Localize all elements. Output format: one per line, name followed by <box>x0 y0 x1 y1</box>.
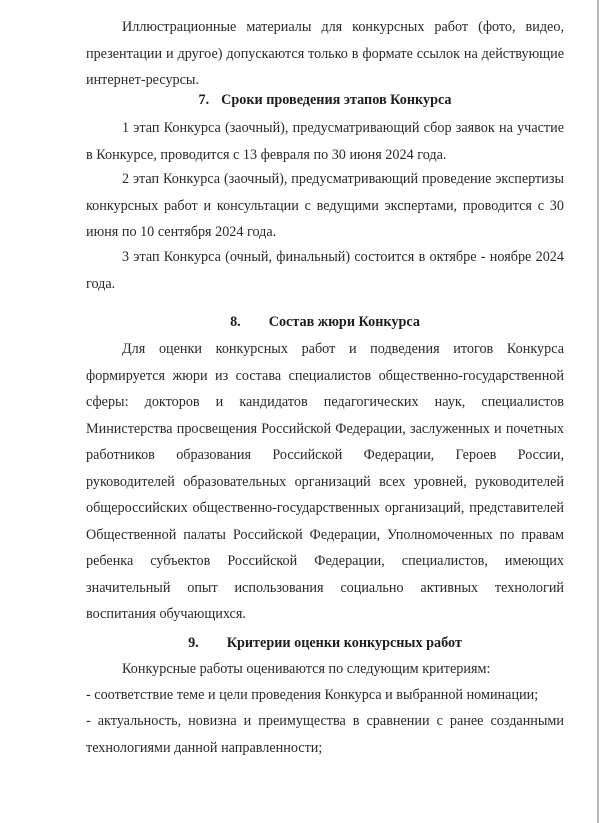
page-edge-line <box>597 0 599 823</box>
intro-paragraph: Иллюстрационные материалы для конкурсных… <box>86 14 564 94</box>
section-8-number: 8. <box>230 312 241 332</box>
section-7-paragraph-2: 2 этап Конкурса (заочный), предусматрива… <box>86 166 564 246</box>
section-7-number: 7. <box>198 90 209 110</box>
section-7-title: Сроки проведения этапов Конкурса <box>221 92 451 108</box>
section-9-list-item-1: - соответствие теме и цели проведения Ко… <box>86 682 564 709</box>
section-7-heading: 7.Сроки проведения этапов Конкурса <box>86 90 564 110</box>
section-8-title: Состав жюри Конкурса <box>269 314 420 330</box>
section-9-title: Критерии оценки конкурсных работ <box>227 635 462 651</box>
section-7-paragraph-3: 3 этап Конкурса (очный, финальный) состо… <box>86 244 564 297</box>
section-8-heading: 8.Состав жюри Конкурса <box>86 312 564 332</box>
section-9-list-item-2: - актуальность, новизна и преимущества в… <box>86 708 564 761</box>
section-9-heading: 9.Критерии оценки конкурсных работ <box>86 633 564 653</box>
section-8-paragraph-1: Для оценки конкурсных работ и подведения… <box>86 336 564 628</box>
section-7-paragraph-1: 1 этап Конкурса (заочный), предусматрива… <box>86 115 564 168</box>
section-9-paragraph-1: Конкурсные работы оцениваются по следующ… <box>86 656 564 683</box>
section-9-number: 9. <box>188 633 199 653</box>
